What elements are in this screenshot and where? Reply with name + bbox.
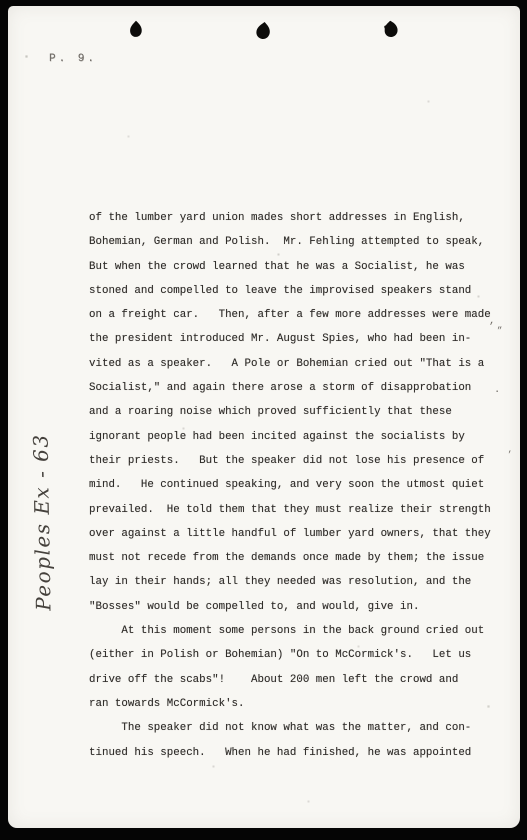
- text-line: Socialist," and again there arose a stor…: [89, 376, 509, 400]
- text-line: prevailed. He told them that they must r…: [89, 498, 509, 522]
- text-line: (either in Polish or Bohemian) "On to Mc…: [89, 643, 509, 667]
- text-line: lay in their hands; all they needed was …: [89, 570, 509, 594]
- document-page: P. 9. Peoples Ex - 63 of the lumber yard…: [8, 6, 520, 828]
- paper-specks: [8, 6, 9, 7]
- text-line: ran towards McCormick's.: [89, 692, 509, 716]
- text-line: stoned and compelled to leave the improv…: [89, 279, 509, 303]
- text-line: But when the crowd learned that he was a…: [89, 255, 509, 279]
- text-line: the president introduced Mr. August Spie…: [89, 327, 509, 351]
- exhibit-annotation: Peoples Ex - 63: [28, 417, 62, 627]
- text-line: their priests. But the speaker did not l…: [89, 449, 509, 473]
- text-line: Bohemian, German and Polish. Mr. Fehling…: [89, 230, 509, 254]
- ink-blot-icon: [253, 20, 272, 46]
- scan-artifact: ”: [497, 326, 502, 336]
- text-line: ignorant people had been incited against…: [89, 425, 509, 449]
- text-line: tinued his speech. When he had finished,…: [89, 741, 509, 765]
- text-line: The speaker did not know what was the ma…: [89, 716, 509, 740]
- scan-artifact: .: [494, 384, 500, 396]
- typewritten-body: of the lumber yard union mades short add…: [89, 206, 509, 765]
- text-line: "Bosses" would be compelled to, and woul…: [89, 595, 509, 619]
- text-line: over against a little handful of lumber …: [89, 522, 509, 546]
- text-line: must not recede from the demands once ma…: [89, 546, 509, 570]
- text-line: At this moment some persons in the back …: [89, 619, 509, 643]
- text-line: mind. He continued speaking, and very so…: [89, 473, 509, 497]
- scan-artifact: ,: [489, 315, 495, 327]
- ink-blot-icon: [129, 20, 143, 43]
- text-line: vited as a speaker. A Pole or Bohemian c…: [89, 352, 509, 376]
- text-line: of the lumber yard union mades short add…: [89, 206, 509, 230]
- text-line: drive off the scabs"! About 200 men left…: [89, 668, 509, 692]
- scan-artifact: ’: [507, 450, 512, 460]
- text-line: on a freight car. Then, after a few more…: [89, 303, 509, 327]
- page-number: P. 9.: [49, 53, 97, 65]
- text-line: and a roaring noise which proved suffici…: [89, 400, 509, 424]
- ink-blot-icon: [381, 19, 401, 44]
